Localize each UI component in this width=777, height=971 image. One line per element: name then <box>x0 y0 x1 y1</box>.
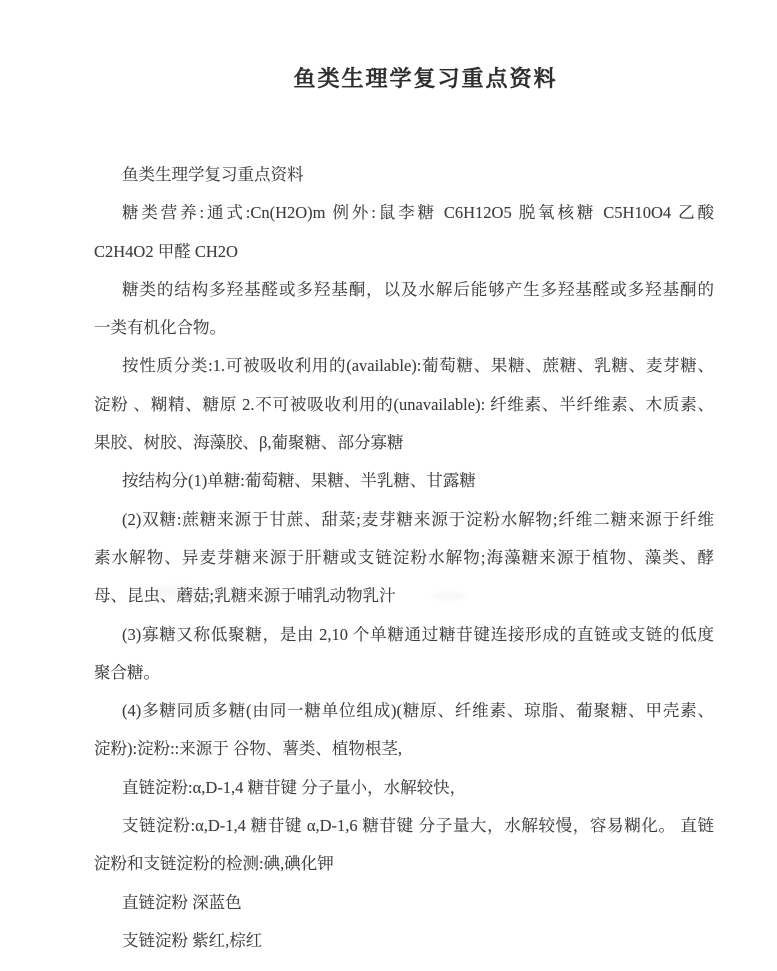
text-line: 淀粉 、糊精、糖原 2.不可被吸收利用的(unavailable): 纤维素、半… <box>94 386 714 424</box>
text-line: 按性质分类:1.可被吸收利用的(available):葡萄糖、果糖、蔗糖、乳糖、… <box>94 347 714 385</box>
text-line: 直链淀粉:α,D-1,4 糖苷键 分子量小，水解较快， <box>94 769 714 807</box>
text-line: 素水解物、异麦芽糖来源于肝糖或支链淀粉水解物;海藻糖来源于植物、藻类、酵 <box>94 539 714 577</box>
document-body: 鱼类生理学复习重点资料糖类营养:通式:Cn(H2O)m 例外:鼠李糖 C6H12… <box>94 156 714 960</box>
text-line: 支链淀粉:α,D-1,4 糖苷键 α,D-1,6 糖苷键 分子量大，水解较慢，容… <box>94 807 714 845</box>
text-line: C2H4O2 甲醛 CH2O <box>94 233 714 271</box>
scan-smudge <box>150 586 210 598</box>
text-line: 淀粉):淀粉::来源于 谷物、薯类、植物根茎, <box>94 730 714 768</box>
text-line: (2)双糖:蔗糖来源于甘蔗、甜菜;麦芽糖来源于淀粉水解物;纤维二糖来源于纤维 <box>94 501 714 539</box>
page-title: 鱼类生理学复习重点资料 <box>74 62 777 93</box>
text-line: 支链淀粉 紫红,棕红 <box>94 922 714 960</box>
text-line: 鱼类生理学复习重点资料 <box>94 156 714 194</box>
text-line: (4)多糖同质多糖(由同一糖单位组成)(糖原、纤维素、琼脂、葡聚糖、甲壳素、 <box>94 692 714 730</box>
text-line: 糖类营养:通式:Cn(H2O)m 例外:鼠李糖 C6H12O5 脱氧核糖 C5H… <box>94 194 714 232</box>
text-line: 直链淀粉 深蓝色 <box>94 884 714 922</box>
text-line: 一类有机化合物。 <box>94 309 714 347</box>
scan-smudge <box>432 592 466 600</box>
text-line: 果胶、树胶、海藻胶、β,葡聚糖、部分寡糖 <box>94 424 714 462</box>
text-line: 糖类的结构多羟基醛或多羟基酮，以及水解后能够产生多羟基醛或多羟基酮的 <box>94 271 714 309</box>
text-line: 按结构分(1)单糖:葡萄糖、果糖、半乳糖、甘露糖 <box>94 462 714 500</box>
document-page: 鱼类生理学复习重点资料 鱼类生理学复习重点资料糖类营养:通式:Cn(H2O)m … <box>0 0 777 971</box>
text-line: 淀粉和支链淀粉的检测:碘,碘化钾 <box>94 845 714 883</box>
scan-smudge <box>290 636 316 644</box>
text-line: (3)寡糖又称低聚糖，是由 2,10 个单糖通过糖苷键连接形成的直链或支链的低度 <box>94 616 714 654</box>
text-line: 聚合糖。 <box>94 654 714 692</box>
